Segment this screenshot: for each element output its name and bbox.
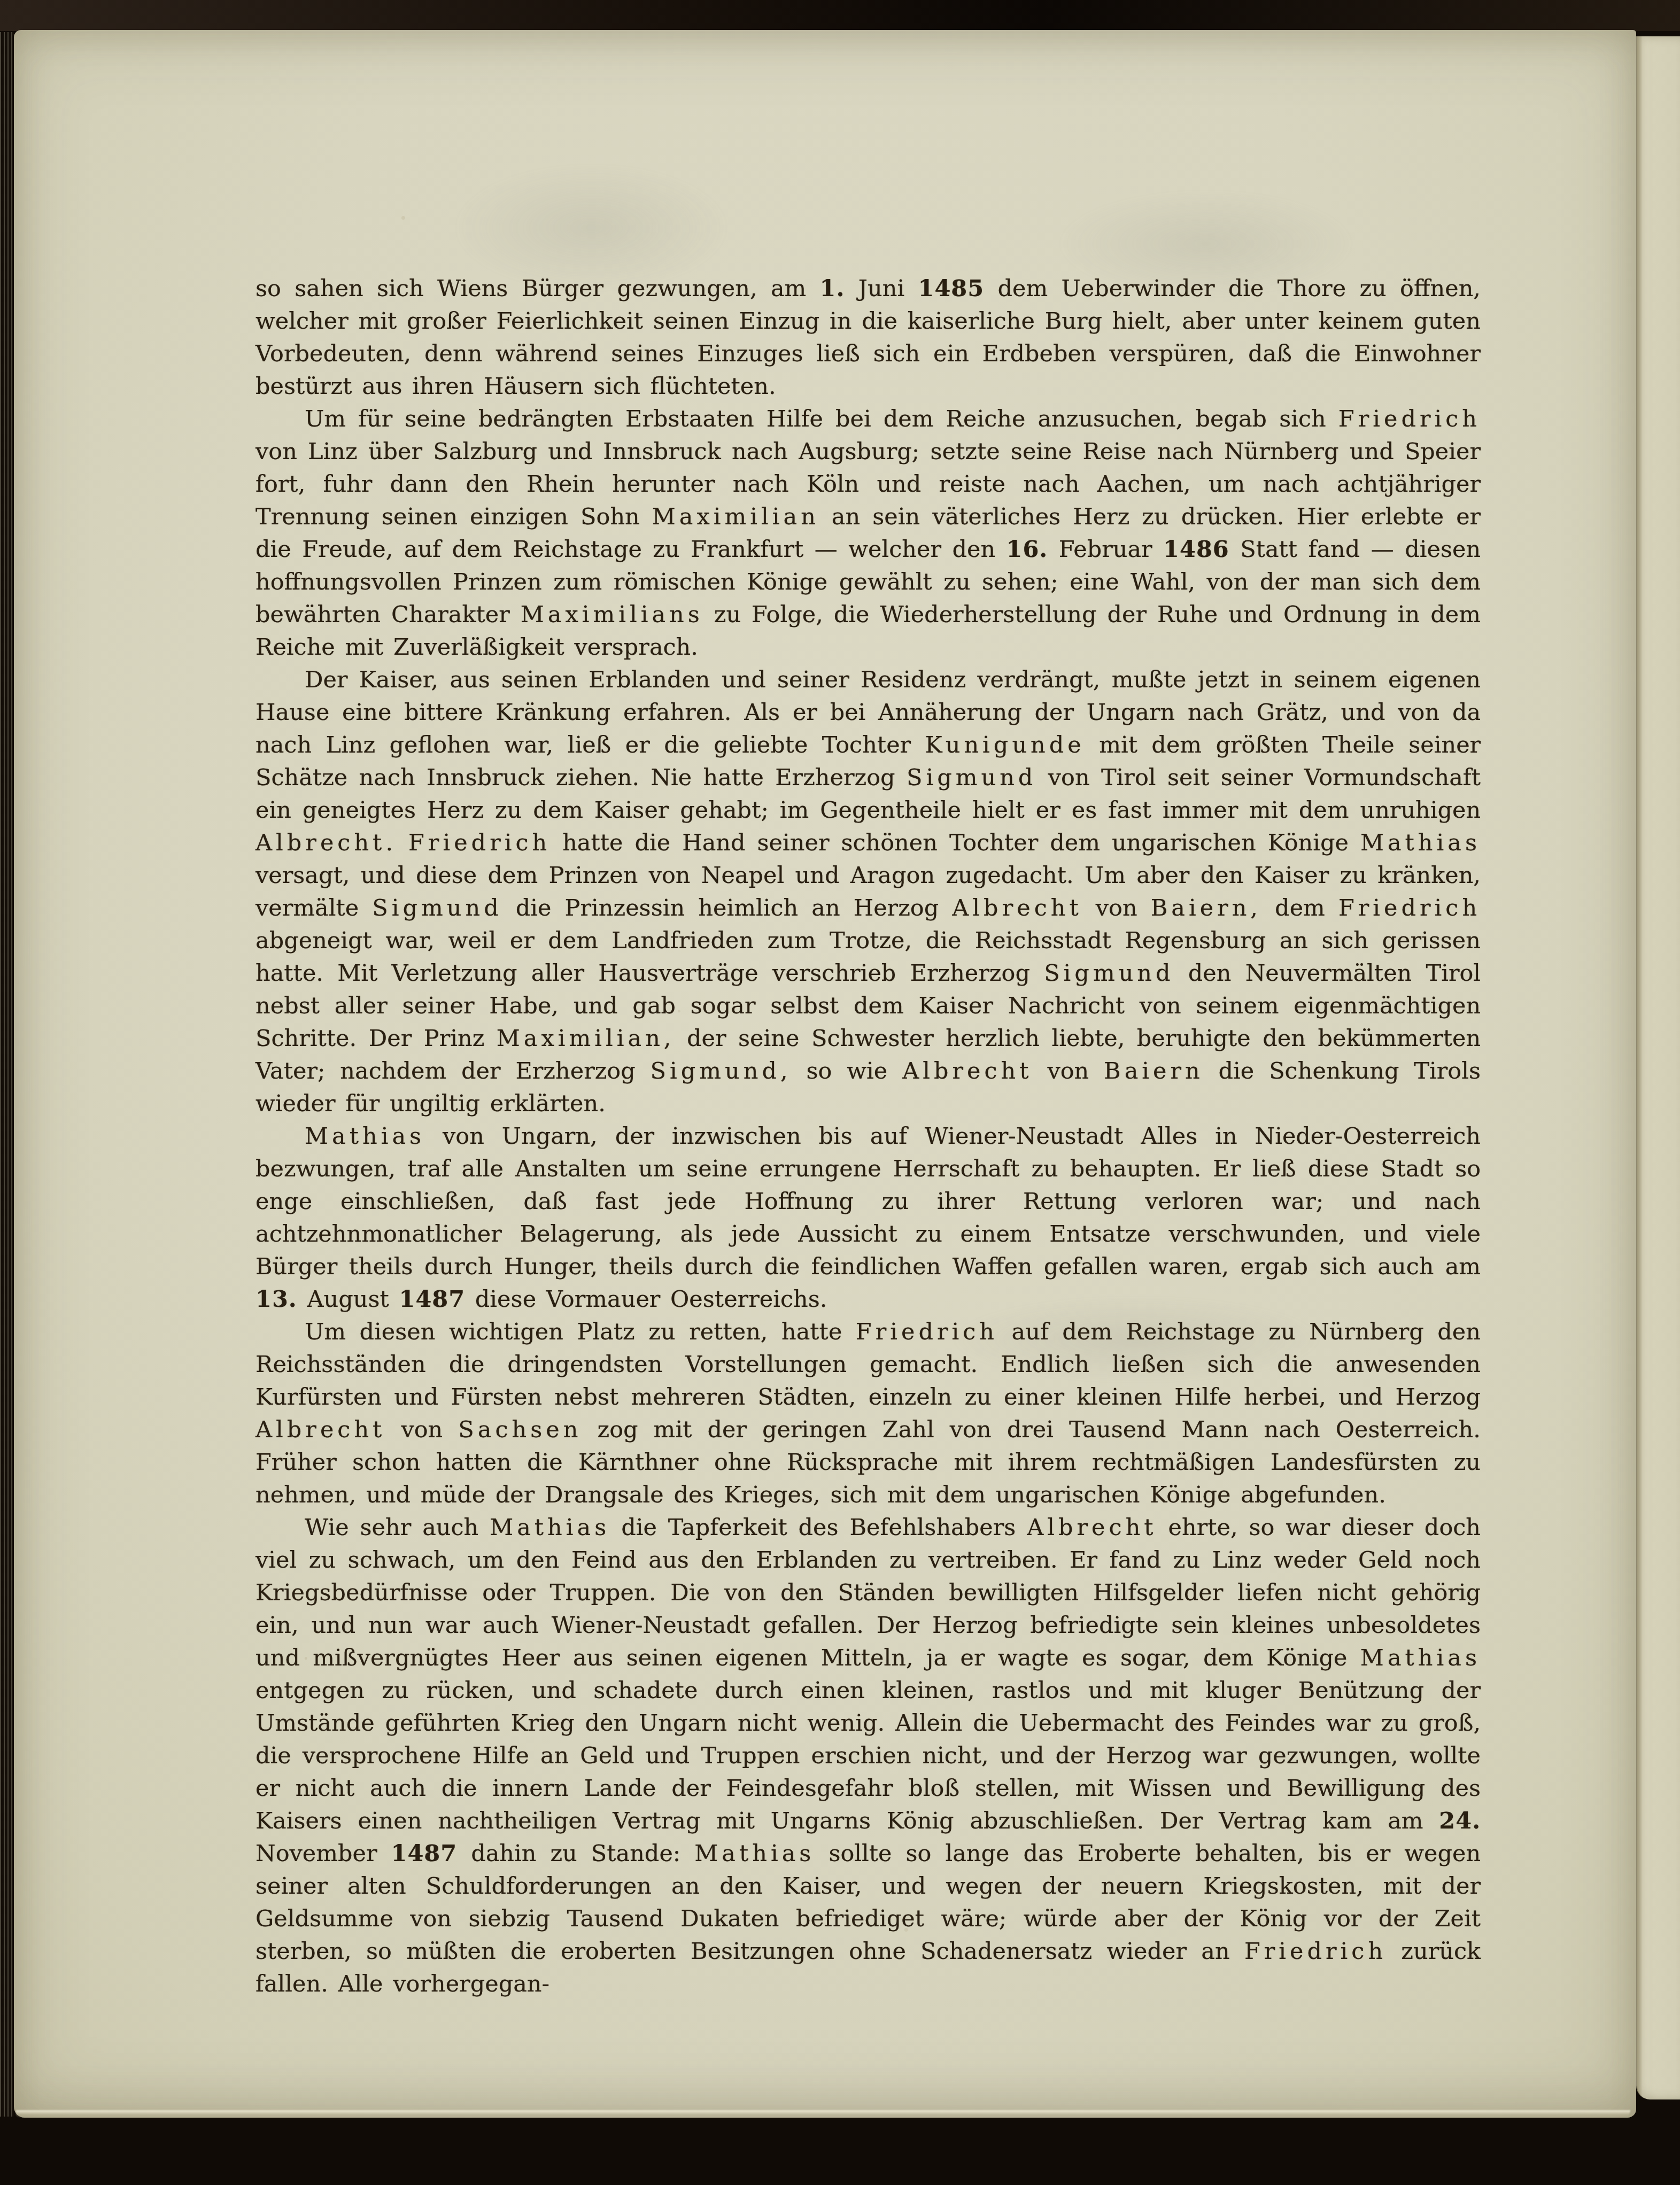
page-stack-edge-left	[0, 32, 14, 2117]
page-deckle-edge	[16, 2110, 1630, 2118]
paragraph: Wie sehr auch Mathias die Tapferkeit des…	[256, 1512, 1481, 2001]
person-name: Friedrich	[1338, 895, 1481, 921]
page-text-block: so sahen sich Wiens Bürger gezwungen, am…	[256, 273, 1481, 2001]
date-numeral: 16.	[1007, 536, 1048, 563]
person-name: Sigmund,	[651, 1058, 792, 1084]
person-name: Friedrich	[856, 1319, 998, 1345]
book-binding-shadow	[0, 0, 1680, 31]
person-name: Sachsen	[458, 1416, 582, 1443]
paragraph: Mathias von Ungarn, der inzwischen bis a…	[256, 1120, 1481, 1316]
person-name: Mathias	[1360, 830, 1481, 856]
person-name: Albrecht	[902, 1058, 1032, 1084]
person-name: Baiern	[1104, 1058, 1204, 1084]
person-name: Baiern,	[1151, 895, 1261, 921]
date-numeral: 1.	[820, 275, 845, 302]
date-numeral: 24.	[1439, 1808, 1481, 1834]
date-numeral: 1486	[1163, 536, 1229, 563]
person-name: Mathias	[1360, 1645, 1481, 1671]
person-name: Albrecht	[952, 895, 1082, 921]
book-scan: so sahen sich Wiens Bürger gezwungen, am…	[0, 0, 1680, 2185]
paragraph: so sahen sich Wiens Bürger gezwungen, am…	[256, 273, 1481, 403]
person-name: Mathias	[490, 1514, 610, 1541]
person-name: Maximilian	[652, 503, 819, 530]
person-name: Kunigunde	[925, 732, 1085, 758]
person-name: Friedrich	[408, 830, 551, 856]
person-name: Sigmund	[372, 895, 502, 921]
paragraph: Der Kaiser, aus seinen Erblanden und sei…	[256, 664, 1481, 1120]
person-name: Friedrich	[1338, 406, 1481, 432]
person-name: Friedrich	[1244, 1938, 1387, 1965]
date-numeral: 13.	[256, 1286, 297, 1313]
date-numeral: 1487	[399, 1286, 465, 1313]
person-name: Sigmund	[907, 764, 1036, 791]
date-numeral: 1485	[918, 275, 984, 302]
person-name: Albrecht	[1027, 1514, 1157, 1541]
person-name: Sigmund	[1044, 960, 1174, 987]
date-numeral: 1487	[391, 1840, 458, 1867]
person-name: Albrecht.	[256, 830, 397, 856]
person-name: Maximilian,	[497, 1025, 675, 1052]
person-name: Maximilians	[521, 601, 703, 628]
person-name: Mathias	[305, 1123, 425, 1150]
paragraph: Um diesen wichtigen Platz zu retten, hat…	[256, 1316, 1481, 1512]
paragraph: Um für seine bedrängten Erbstaaten Hilfe…	[256, 403, 1481, 664]
person-name: Albrecht	[256, 1416, 385, 1443]
person-name: Mathias	[694, 1840, 815, 1867]
next-page-edge	[1636, 36, 1680, 2099]
